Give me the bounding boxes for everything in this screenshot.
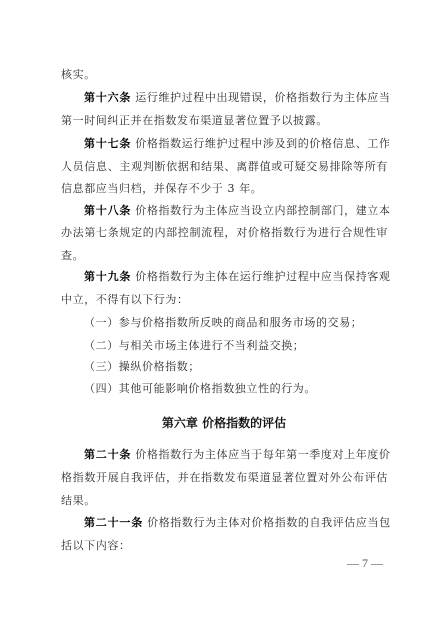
article-19-line: 第十九条 价格指数行为主体在运行维护过程中应当保持客观	[61, 269, 388, 285]
article-number: 第二十一条	[84, 516, 143, 529]
text-line: 人员信息、主观判断依据和结果、离群值或可疑交易排除等所有	[61, 159, 388, 175]
text-line: 括以下内容：	[61, 538, 388, 554]
document-page: 核实。 第十六条 运行维护过程中出现错误，价格指数行为主体应当 第一时间纠正并在…	[0, 0, 448, 624]
list-item: （三）操纵价格指数；	[61, 359, 388, 375]
article-16-line: 第十六条 运行维护过程中出现错误，价格指数行为主体应当	[61, 90, 388, 106]
line-text: 办法第七条规定的内部控制流程，对价格指数行为进行合规性审	[61, 226, 388, 239]
text-line: 核实。	[61, 67, 388, 83]
line-text: 第一时间纠正并在指数发布渠道显著位置予以披露。	[61, 114, 328, 127]
article-number: 第十九条	[84, 270, 131, 283]
article-17-line: 第十七条 价格指数运行维护过程中涉及到的价格信息、工作	[61, 136, 388, 152]
line-text: 价格指数行为主体在运行维护过程中应当保持客观	[131, 270, 390, 283]
list-item: （一）参与价格指数所反映的商品和服务市场的交易；	[61, 315, 388, 331]
line-text: 中立，不得有以下行为：	[61, 293, 189, 306]
text-line: 查。	[61, 248, 388, 264]
article-20-line: 第二十条 价格指数行为主体应当于每年第一季度对上年度价	[61, 447, 388, 463]
page-number: — 7 —	[340, 555, 390, 571]
line-text: 信息都应当归档，并保存不少于 3 年。	[61, 182, 262, 195]
line-text: （三）操纵价格指数；	[84, 360, 200, 373]
article-number: 第十八条	[84, 204, 131, 217]
line-text: 格指数开展自我评估，并在指数发布渠道显著位置对外公布评估	[61, 471, 388, 484]
line-text: （二）与相关市场主体进行不当利益交换；	[84, 339, 304, 352]
text-line: 信息都应当归档，并保存不少于 3 年。	[61, 181, 388, 197]
line-text: 核实。	[61, 68, 96, 81]
line-text: 结果。	[61, 494, 96, 507]
text-line: 中立，不得有以下行为：	[61, 292, 388, 308]
article-21-line: 第二十一条 价格指数行为主体对价格指数的自我评估应当包	[61, 515, 388, 531]
text-line: 第一时间纠正并在指数发布渠道显著位置予以披露。	[61, 113, 388, 129]
list-item: （二）与相关市场主体进行不当利益交换；	[61, 338, 388, 354]
line-text: （一）参与价格指数所反映的商品和服务市场的交易；	[84, 316, 362, 329]
line-text: （四）其他可能影响价格指数独立性的行为。	[84, 382, 316, 395]
list-item: （四）其他可能影响价格指数独立性的行为。	[61, 381, 388, 397]
line-text: 价格指数运行维护过程中涉及到的价格信息、工作	[131, 137, 390, 150]
line-text: 括以下内容：	[61, 539, 131, 552]
text-line: 结果。	[61, 493, 388, 509]
line-text: 价格指数行为主体对价格指数的自我评估应当包	[143, 516, 391, 529]
line-text: 查。	[61, 249, 84, 262]
line-text: 运行维护过程中出现错误，价格指数行为主体应当	[131, 91, 390, 104]
text-line: 格指数开展自我评估，并在指数发布渠道显著位置对外公布评估	[61, 470, 388, 486]
text-line: 办法第七条规定的内部控制流程，对价格指数行为进行合规性审	[61, 225, 388, 241]
chapter-heading: 第六章 价格指数的评估	[0, 414, 448, 432]
article-18-line: 第十八条 价格指数行为主体应当设立内部控制部门，建立本	[61, 203, 388, 219]
line-text: 人员信息、主观判断依据和结果、离群值或可疑交易排除等所有	[61, 160, 388, 173]
line-text: 价格指数行为主体应当于每年第一季度对上年度价	[131, 448, 390, 461]
article-number: 第二十条	[84, 448, 131, 461]
article-number: 第十六条	[84, 91, 131, 104]
article-number: 第十七条	[84, 137, 131, 150]
line-text: 价格指数行为主体应当设立内部控制部门，建立本	[131, 204, 390, 217]
